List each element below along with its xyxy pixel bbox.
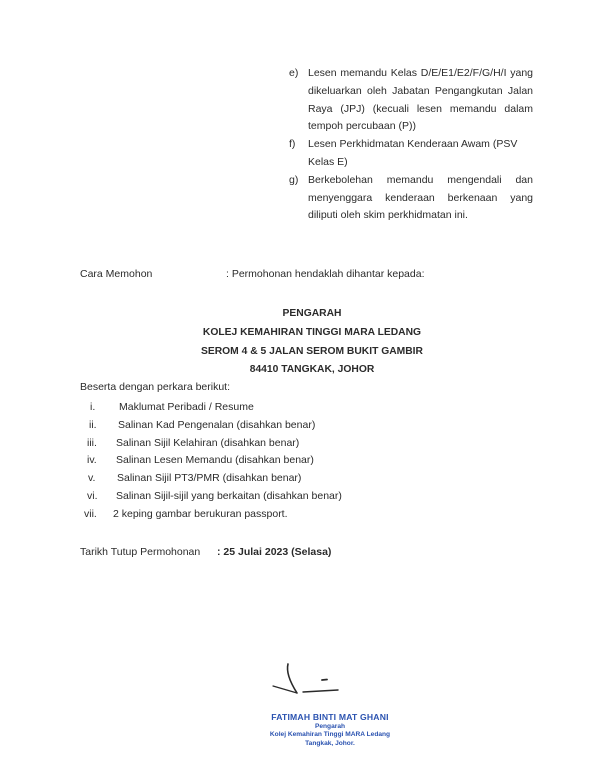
document-item: iv. Salinan Lesen Memandu (disahkan bena… (80, 452, 380, 470)
mailing-address: PENGARAH KOLEJ KEMAHIRAN TINGGI MARA LED… (80, 305, 544, 380)
document-text: 2 keping gambar berukuran passport. (113, 506, 288, 524)
application-method-row: Cara Memohon : Permohonan hendaklah diha… (80, 268, 540, 284)
document-item: ii. Salinan Kad Pengenalan (disahkan ben… (80, 417, 380, 435)
document-number: iv. (80, 452, 107, 470)
address-line-postcode: 84410 TANGKAK, JOHOR (80, 361, 544, 380)
application-method-value: : Permohonan hendaklah dihantar kepada: (226, 268, 424, 280)
document-number: i. (80, 399, 110, 417)
document-text: Salinan Sijil-sijil yang berkaitan (disa… (116, 488, 342, 506)
address-line-street: SEROM 4 & 5 JALAN SEROM BUKIT GAMBIR (80, 343, 544, 362)
document-text: Salinan Sijil Kelahiran (disahkan benar) (116, 435, 299, 453)
requirements-list: e) Lesen memandu Kelas D/E/E1/E2/F/G/H/I… (289, 65, 533, 225)
document-item: vii. 2 keping gambar berukuran passport. (80, 506, 380, 524)
requirement-marker: e) (289, 65, 308, 136)
document-item: vi. Salinan Sijil-sijil yang berkaitan (… (80, 488, 380, 506)
document-item: iii. Salinan Sijil Kelahiran (disahkan b… (80, 435, 380, 453)
signature-icon (268, 660, 348, 700)
documents-intro: Beserta dengan perkara berikut: (80, 381, 230, 393)
document-number: vii. (80, 506, 104, 524)
signature-block: FATIMAH BINTI MAT GHANI Pengarah Kolej K… (250, 711, 410, 748)
signatory-organization: Kolej Kemahiran Tinggi MARA Ledang (250, 731, 410, 739)
document-item: i. Maklumat Peribadi / Resume (80, 399, 380, 417)
document-text: Salinan Sijil PT3/PMR (disahkan benar) (117, 470, 301, 488)
requirement-text: Lesen Perkhidmatan Kenderaan Awam (PSV K… (308, 136, 533, 172)
requirement-marker: g) (289, 172, 308, 225)
document-number: v. (80, 470, 108, 488)
document-number: ii. (80, 417, 109, 435)
signatory-name: FATIMAH BINTI MAT GHANI (250, 711, 410, 723)
requirement-text: Lesen memandu Kelas D/E/E1/E2/F/G/H/I ya… (308, 65, 533, 136)
requirement-item: f) Lesen Perkhidmatan Kenderaan Awam (PS… (289, 136, 533, 172)
document-number: iii. (80, 435, 107, 453)
document-text: Maklumat Peribadi / Resume (119, 399, 254, 417)
document-text: Salinan Kad Pengenalan (disahkan benar) (118, 417, 315, 435)
documents-list: i. Maklumat Peribadi / Resume ii. Salina… (80, 399, 380, 524)
closing-date-label: Tarikh Tutup Permohonan (80, 546, 200, 558)
requirement-marker: f) (289, 136, 308, 172)
closing-date-value: : 25 Julai 2023 (Selasa) (217, 546, 331, 558)
document-page: e) Lesen memandu Kelas D/E/E1/E2/F/G/H/I… (0, 0, 600, 776)
document-item: v. Salinan Sijil PT3/PMR (disahkan benar… (80, 470, 380, 488)
requirement-text: Berkebolehan memandu mengendali dan meny… (308, 172, 533, 225)
requirement-item: g) Berkebolehan memandu mengendali dan m… (289, 172, 533, 225)
address-line-recipient: PENGARAH (80, 305, 544, 324)
requirement-item: e) Lesen memandu Kelas D/E/E1/E2/F/G/H/I… (289, 65, 533, 136)
closing-date-row: Tarikh Tutup Permohonan : 25 Julai 2023 … (80, 546, 480, 562)
signatory-title: Pengarah (250, 723, 410, 731)
signatory-location: Tangkak, Johor. (250, 740, 410, 748)
document-number: vi. (80, 488, 107, 506)
address-line-institution: KOLEJ KEMAHIRAN TINGGI MARA LEDANG (80, 324, 544, 343)
document-text: Salinan Lesen Memandu (disahkan benar) (116, 452, 314, 470)
application-method-label: Cara Memohon (80, 268, 152, 280)
